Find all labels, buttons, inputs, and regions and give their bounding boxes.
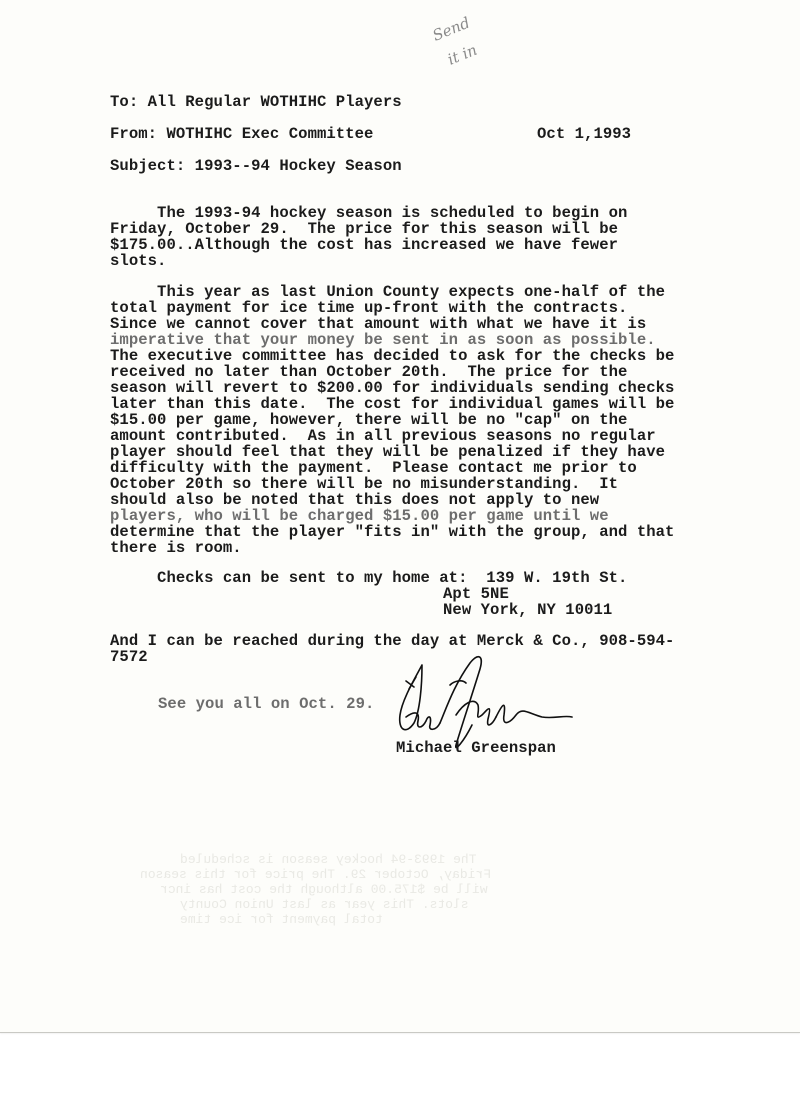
text-line: October 20th so there will be no misunde…	[110, 476, 618, 492]
letter-page: Send it in To: All Regular WOTHIHC Playe…	[0, 0, 800, 1033]
text-line: should also be noted that this does not …	[110, 492, 599, 508]
text-line: total payment for ice time up-front with…	[110, 300, 627, 316]
text-line: slots.	[110, 253, 166, 269]
bleed-line: Friday, October 29. The price for this s…	[140, 867, 491, 882]
address-line: Apt 5NE	[443, 586, 509, 602]
bleed-line: will be $175.00 although the cost has in…	[160, 882, 488, 897]
text-line: there is room.	[110, 540, 242, 556]
text-line: Since we cannot cover that amount with w…	[110, 316, 646, 332]
text-line: $175.00..Although the cost has increased…	[110, 237, 618, 253]
contact-line: 7572	[110, 649, 148, 665]
text-line: This year as last Union County expects o…	[110, 284, 665, 300]
memo-from: From: WOTHIHC Exec Committee	[110, 126, 373, 142]
text-line: imperative that your money be sent in as…	[110, 332, 656, 348]
text-line: Friday, October 29. The price for this s…	[110, 221, 618, 237]
memo-date: Oct 1,1993	[537, 126, 631, 142]
bleed-line: slots. This year as last Union County	[180, 897, 469, 912]
closing-line: See you all on Oct. 29.	[158, 696, 374, 712]
address-line: New York, NY 10011	[443, 602, 612, 618]
text-line: The 1993-94 hockey season is scheduled t…	[110, 205, 627, 221]
text-line: season will revert to $200.00 for indivi…	[110, 380, 674, 396]
memo-subject: Subject: 1993--94 Hockey Season	[110, 158, 402, 174]
memo-to: To: All Regular WOTHIHC Players	[110, 94, 402, 110]
signer-name: Michael Greenspan	[396, 740, 556, 756]
checks-line: Checks can be sent to my home at: 139 W.…	[110, 570, 627, 586]
bleed-line: total payment for ice time	[180, 912, 383, 927]
text-line: amount contributed. As in all previous s…	[110, 428, 656, 444]
bleed-line: The 1993-94 hockey season is scheduled	[180, 852, 476, 867]
handwritten-note-line1: Send	[430, 14, 472, 45]
text-line: The executive committee has decided to a…	[110, 348, 674, 364]
text-line: $15.00 per game, however, there will be …	[110, 412, 627, 428]
text-line: players, who will be charged $15.00 per …	[110, 508, 609, 524]
text-line: received no later than October 20th. The…	[110, 364, 627, 380]
text-line: difficulty with the payment. Please cont…	[110, 460, 637, 476]
handwritten-note-line2: it in	[445, 41, 480, 69]
text-line: player should feel that they will be pen…	[110, 444, 665, 460]
text-line: later than this date. The cost for indiv…	[110, 396, 674, 412]
text-line: determine that the player "fits in" with…	[110, 524, 674, 540]
